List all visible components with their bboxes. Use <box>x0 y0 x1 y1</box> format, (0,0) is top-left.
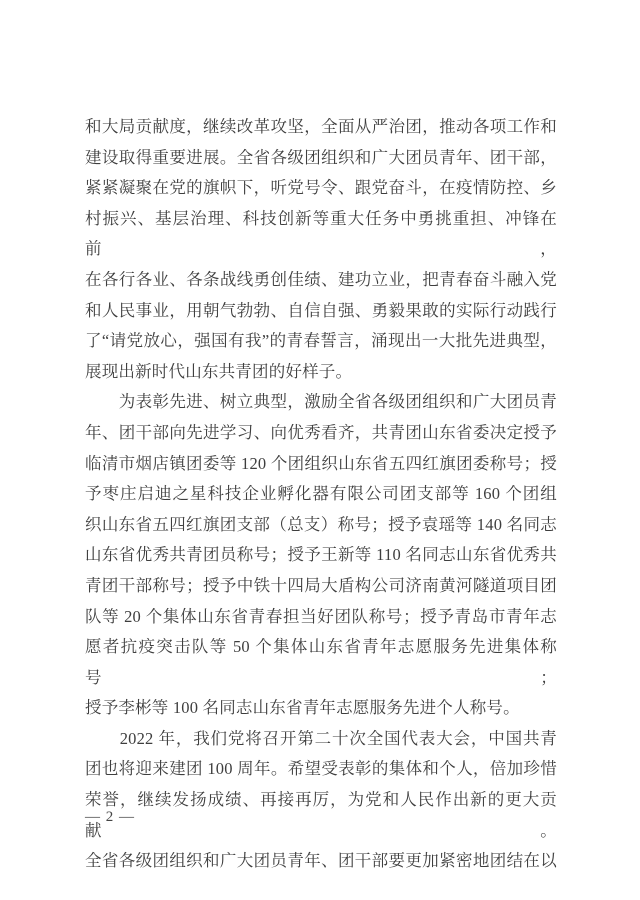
text-line: 予枣庄启迪之星科技企业孵化器有限公司团支部等 160 个团组 <box>85 479 557 510</box>
text-line: 队等 20 个集体山东省青春担当好团队称号；授予青岛市青年志 <box>85 602 557 633</box>
text-line: 荣誉，继续发扬成绩、再接再厉，为党和人民作出新的更大贡献。 <box>85 785 557 846</box>
text-line: 了“请党放心，强国有我”的青春誓言，涌现出一大批先进典型， <box>85 326 557 357</box>
text-line: 和人民事业，用朝气勃勃、自信自强、勇毅果敢的实际行动践行 <box>85 296 557 327</box>
text-line: 山东省优秀共青团员称号；授予王新等 110 名同志山东省优秀共 <box>85 540 557 571</box>
text-line: 为表彰先进、树立典型，激励全省各级团组织和广大团员青 <box>85 387 557 418</box>
text-line: 临清市烟店镇团委等 120 个团组织山东省五四红旗团委称号；授 <box>85 449 557 480</box>
text-line: 年、团干部向先进学习、向优秀看齐，共青团山东省委决定授予 <box>85 418 557 449</box>
text-line: 织山东省五四红旗团支部（总支）称号；授予袁瑶等 140 名同志 <box>85 510 557 541</box>
text-line: 愿者抗疫突击队等 50 个集体山东省青年志愿服务先进集体称号； <box>85 632 557 693</box>
text-line: 展现出新时代山东共青团的好样子。 <box>85 357 557 388</box>
text-line: 团也将迎来建团 100 周年。希望受表彰的集体和个人，倍加珍惜 <box>85 754 557 785</box>
document-body-text: 和大局贡献度，继续改革攻坚，全面从严治团，推动各项工作和建设取得重要进展。全省各… <box>85 112 557 877</box>
text-line: 紧紧凝聚在党的旗帜下，听党号令、跟党奋斗，在疫情防控、乡 <box>85 173 557 204</box>
page-number: — 2 — <box>85 806 135 828</box>
text-line: 村振兴、基层治理、科技创新等重大任务中勇挑重担、冲锋在前， <box>85 204 557 265</box>
text-line: 在各行各业、各条战线勇创佳绩、建功立业，把青春奋斗融入党 <box>85 265 557 296</box>
text-line: 授予李彬等 100 名同志山东省青年志愿服务先进个人称号。 <box>85 693 557 724</box>
text-line: 全省各级团组织和广大团员青年、团干部要更加紧密地团结在以 <box>85 846 557 877</box>
text-line: 2022 年，我们党将召开第二十次全国代表大会，中国共青 <box>85 724 557 755</box>
text-line: 建设取得重要进展。全省各级团组织和广大团员青年、团干部， <box>85 143 557 174</box>
document-page: 和大局贡献度，继续改革攻坚，全面从严治团，推动各项工作和建设取得重要进展。全省各… <box>0 0 640 900</box>
text-line: 和大局贡献度，继续改革攻坚，全面从严治团，推动各项工作和 <box>85 112 557 143</box>
text-line: 青团干部称号；授予中铁十四局大盾构公司济南黄河隧道项目团 <box>85 571 557 602</box>
